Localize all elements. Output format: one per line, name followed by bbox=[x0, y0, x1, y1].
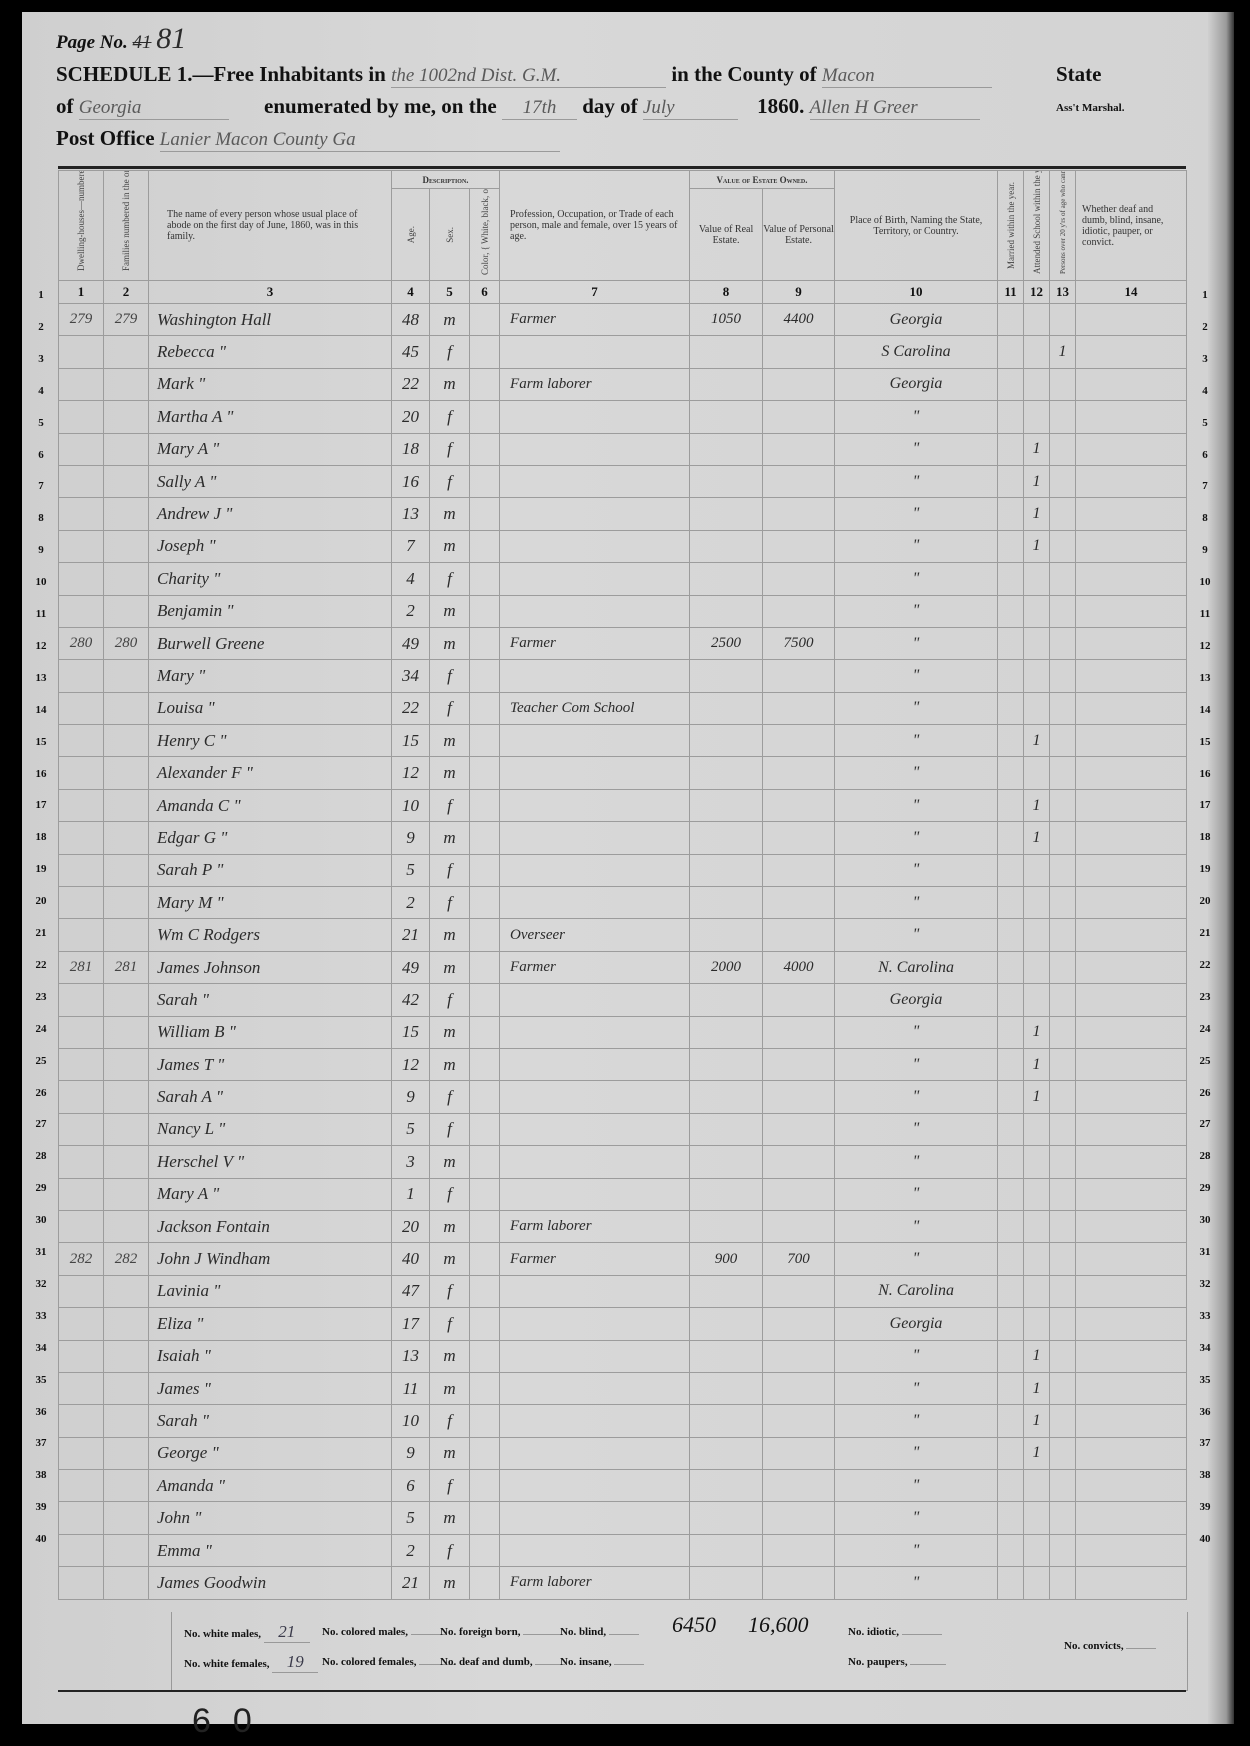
line-number: 22 bbox=[1194, 959, 1216, 971]
married-within-year bbox=[998, 433, 1024, 465]
person-occupation bbox=[500, 401, 690, 433]
person-name: Nancy L " bbox=[149, 1113, 392, 1145]
family-number bbox=[104, 789, 149, 821]
attended-school bbox=[1024, 401, 1050, 433]
post-office-line: Post Office Lanier Macon County Ga bbox=[56, 126, 560, 152]
person-age: 34 bbox=[392, 660, 430, 692]
line-number: 23 bbox=[1194, 991, 1216, 1003]
dwelling-number: 279 bbox=[59, 304, 104, 336]
header-age: Age. bbox=[392, 189, 430, 281]
personal-estate-value bbox=[763, 1146, 835, 1178]
line-number: 14 bbox=[1194, 704, 1216, 716]
family-number bbox=[104, 563, 149, 595]
person-sex: m bbox=[430, 1502, 470, 1534]
line-number: 20 bbox=[1194, 895, 1216, 907]
person-age: 15 bbox=[392, 1016, 430, 1048]
line-number: 4 bbox=[30, 385, 52, 397]
birthplace: " bbox=[835, 1243, 998, 1275]
personal-estate-total: 16,600 bbox=[748, 1612, 809, 1638]
header-family: Families numbered in the order of visita… bbox=[104, 171, 149, 281]
personal-estate-value bbox=[763, 1405, 835, 1437]
family-number bbox=[104, 465, 149, 497]
personal-estate-value bbox=[763, 1437, 835, 1469]
person-sex: m bbox=[430, 627, 470, 659]
cannot-read-write bbox=[1050, 304, 1076, 336]
person-occupation: Overseer bbox=[500, 919, 690, 951]
line-number: 6 bbox=[1194, 449, 1216, 461]
table-row: 280280Burwell Greene49mFarmer25007500" bbox=[59, 627, 1187, 659]
disability-status bbox=[1076, 1372, 1187, 1404]
table-row: 281281James Johnson49mFarmer20004000N. C… bbox=[59, 951, 1187, 983]
person-color bbox=[470, 1048, 500, 1080]
person-occupation bbox=[500, 887, 690, 919]
page-number: Page No. 41 81 bbox=[56, 22, 186, 56]
married-within-year bbox=[998, 1372, 1024, 1404]
footer-rule bbox=[58, 1690, 1186, 1692]
line-number: 4 bbox=[1194, 385, 1216, 397]
person-sex: m bbox=[430, 1567, 470, 1599]
family-number bbox=[104, 1567, 149, 1599]
family-number bbox=[104, 854, 149, 886]
real-estate-value bbox=[690, 1437, 763, 1469]
birthplace: " bbox=[835, 1405, 998, 1437]
real-estate-value bbox=[690, 595, 763, 627]
dwelling-number bbox=[59, 1502, 104, 1534]
birthplace: " bbox=[835, 1534, 998, 1566]
cannot-read-write bbox=[1050, 368, 1076, 400]
person-sex: f bbox=[430, 336, 470, 368]
attended-school: 1 bbox=[1024, 465, 1050, 497]
married-within-year bbox=[998, 725, 1024, 757]
person-sex: f bbox=[430, 1275, 470, 1307]
disability-status bbox=[1076, 465, 1187, 497]
person-age: 21 bbox=[392, 919, 430, 951]
enumeration-line: of Georgia enumerated by me, on the 17th… bbox=[56, 94, 1206, 120]
line-number: 32 bbox=[1194, 1278, 1216, 1290]
disability-status bbox=[1076, 401, 1187, 433]
person-color bbox=[470, 951, 500, 983]
cannot-read-write bbox=[1050, 757, 1076, 789]
line-number: 29 bbox=[1194, 1182, 1216, 1194]
person-name: Andrew J " bbox=[149, 498, 392, 530]
birthplace: " bbox=[835, 1081, 998, 1113]
col-num: 5 bbox=[430, 281, 470, 304]
real-estate-value bbox=[690, 1146, 763, 1178]
person-sex: m bbox=[430, 951, 470, 983]
birthplace: " bbox=[835, 887, 998, 919]
header-occupation: Profession, Occupation, or Trade of each… bbox=[500, 171, 690, 281]
family-number bbox=[104, 1308, 149, 1340]
married-within-year bbox=[998, 919, 1024, 951]
cannot-read-write bbox=[1050, 1567, 1076, 1599]
line-number: 30 bbox=[30, 1214, 52, 1226]
married-within-year bbox=[998, 1048, 1024, 1080]
dwelling-number bbox=[59, 1567, 104, 1599]
birthplace: " bbox=[835, 1567, 998, 1599]
person-age: 49 bbox=[392, 627, 430, 659]
person-age: 10 bbox=[392, 789, 430, 821]
col-num: 10 bbox=[835, 281, 998, 304]
person-sex: f bbox=[430, 1405, 470, 1437]
cannot-read-write bbox=[1050, 789, 1076, 821]
table-row: Herschel V "3m" bbox=[59, 1146, 1187, 1178]
attended-school bbox=[1024, 563, 1050, 595]
personal-estate-value bbox=[763, 530, 835, 562]
family-number bbox=[104, 1470, 149, 1502]
line-number: 8 bbox=[1194, 512, 1216, 524]
person-sex: m bbox=[430, 530, 470, 562]
line-number: 16 bbox=[30, 768, 52, 780]
cannot-read-write bbox=[1050, 1210, 1076, 1242]
person-name: Joseph " bbox=[149, 530, 392, 562]
family-number bbox=[104, 1275, 149, 1307]
birthplace: " bbox=[835, 660, 998, 692]
person-name: Sally A " bbox=[149, 465, 392, 497]
dwelling-number bbox=[59, 1405, 104, 1437]
real-estate-value bbox=[690, 433, 763, 465]
married-within-year bbox=[998, 530, 1024, 562]
dwelling-number bbox=[59, 1340, 104, 1372]
disability-status bbox=[1076, 1470, 1187, 1502]
person-sex: m bbox=[430, 1146, 470, 1178]
married-within-year bbox=[998, 1340, 1024, 1372]
real-estate-value bbox=[690, 725, 763, 757]
person-color bbox=[470, 1340, 500, 1372]
person-age: 4 bbox=[392, 563, 430, 595]
attended-school bbox=[1024, 1567, 1050, 1599]
table-row: Sally A "16f"1 bbox=[59, 465, 1187, 497]
personal-estate-value bbox=[763, 1113, 835, 1145]
disability-status bbox=[1076, 498, 1187, 530]
person-color bbox=[470, 1405, 500, 1437]
person-occupation bbox=[500, 1340, 690, 1372]
person-sex: m bbox=[430, 304, 470, 336]
line-number: 10 bbox=[30, 576, 52, 588]
line-number: 17 bbox=[30, 799, 52, 811]
person-color bbox=[470, 854, 500, 886]
col-num: 7 bbox=[500, 281, 690, 304]
cannot-read-write bbox=[1050, 1340, 1076, 1372]
real-estate-value bbox=[690, 692, 763, 724]
person-name: James T " bbox=[149, 1048, 392, 1080]
disability-status bbox=[1076, 368, 1187, 400]
header-name: The name of every person whose usual pla… bbox=[149, 171, 392, 281]
real-estate-value bbox=[690, 1470, 763, 1502]
line-number: 33 bbox=[1194, 1310, 1216, 1322]
person-sex: m bbox=[430, 725, 470, 757]
post-office-label: Post Office bbox=[56, 126, 155, 150]
personal-estate-value: 7500 bbox=[763, 627, 835, 659]
person-occupation bbox=[500, 465, 690, 497]
person-sex: m bbox=[430, 498, 470, 530]
attended-school bbox=[1024, 1243, 1050, 1275]
attended-school bbox=[1024, 1308, 1050, 1340]
line-number: 11 bbox=[1194, 608, 1216, 620]
line-number: 19 bbox=[1194, 863, 1216, 875]
person-color bbox=[470, 1567, 500, 1599]
person-age: 1 bbox=[392, 1178, 430, 1210]
person-name: Wm C Rodgers bbox=[149, 919, 392, 951]
birthplace: N. Carolina bbox=[835, 1275, 998, 1307]
dwelling-number bbox=[59, 789, 104, 821]
cannot-read-write bbox=[1050, 887, 1076, 919]
person-sex: f bbox=[430, 401, 470, 433]
real-estate-value bbox=[690, 530, 763, 562]
cannot-read-write bbox=[1050, 1470, 1076, 1502]
disability-status bbox=[1076, 660, 1187, 692]
attended-school bbox=[1024, 951, 1050, 983]
real-estate-value bbox=[690, 660, 763, 692]
person-age: 9 bbox=[392, 1437, 430, 1469]
person-occupation bbox=[500, 1275, 690, 1307]
person-sex: f bbox=[430, 1081, 470, 1113]
person-color bbox=[470, 1502, 500, 1534]
dwelling-number bbox=[59, 822, 104, 854]
line-number: 24 bbox=[1194, 1023, 1216, 1035]
birthplace: " bbox=[835, 919, 998, 951]
person-color bbox=[470, 1372, 500, 1404]
family-number: 282 bbox=[104, 1243, 149, 1275]
white-males-count: No. white males, 21 bbox=[184, 1622, 310, 1643]
col-num: 6 bbox=[470, 281, 500, 304]
birthplace: N. Carolina bbox=[835, 951, 998, 983]
line-number: 38 bbox=[1194, 1469, 1216, 1481]
person-age: 45 bbox=[392, 336, 430, 368]
person-occupation bbox=[500, 725, 690, 757]
birthplace: Georgia bbox=[835, 304, 998, 336]
person-occupation bbox=[500, 1470, 690, 1502]
person-color bbox=[470, 336, 500, 368]
cannot-read-write bbox=[1050, 1016, 1076, 1048]
personal-estate-value bbox=[763, 498, 835, 530]
table-row: George "9m"1 bbox=[59, 1437, 1187, 1469]
col-num: 3 bbox=[149, 281, 392, 304]
dwelling-number bbox=[59, 692, 104, 724]
dwelling-number bbox=[59, 725, 104, 757]
disability-status bbox=[1076, 1275, 1187, 1307]
line-number: 39 bbox=[30, 1501, 52, 1513]
disability-status bbox=[1076, 887, 1187, 919]
person-color bbox=[470, 595, 500, 627]
person-age: 3 bbox=[392, 1146, 430, 1178]
person-name: Sarah P " bbox=[149, 854, 392, 886]
person-color bbox=[470, 401, 500, 433]
table-row: Mary "34f" bbox=[59, 660, 1187, 692]
dwelling-number bbox=[59, 1146, 104, 1178]
real-estate-value bbox=[690, 919, 763, 951]
real-estate-value bbox=[690, 498, 763, 530]
birthplace: " bbox=[835, 757, 998, 789]
header-real-estate: Value of Real Estate. bbox=[690, 189, 763, 281]
disability-status bbox=[1076, 919, 1187, 951]
line-number: 2 bbox=[30, 321, 52, 333]
family-number bbox=[104, 1437, 149, 1469]
line-number: 11 bbox=[30, 608, 52, 620]
schedule-title-line: SCHEDULE 1.—Free Inhabitants in the 1002… bbox=[56, 62, 992, 88]
table-row: Wm C Rodgers21mOverseer" bbox=[59, 919, 1187, 951]
birthplace: " bbox=[835, 1502, 998, 1534]
line-number: 26 bbox=[30, 1087, 52, 1099]
personal-estate-value bbox=[763, 1340, 835, 1372]
cannot-read-write bbox=[1050, 1308, 1076, 1340]
cannot-read-write bbox=[1050, 725, 1076, 757]
table-row: Eliza "17fGeorgia bbox=[59, 1308, 1187, 1340]
attended-school bbox=[1024, 984, 1050, 1016]
attended-school: 1 bbox=[1024, 530, 1050, 562]
person-color bbox=[470, 1210, 500, 1242]
disability-status bbox=[1076, 563, 1187, 595]
person-name: William B " bbox=[149, 1016, 392, 1048]
personal-estate-value bbox=[763, 725, 835, 757]
cannot-read-write bbox=[1050, 1502, 1076, 1534]
person-occupation bbox=[500, 595, 690, 627]
personal-estate-value bbox=[763, 1502, 835, 1534]
person-sex: f bbox=[430, 433, 470, 465]
family-number bbox=[104, 336, 149, 368]
page-no-label: Page No. bbox=[56, 32, 128, 53]
person-name: Washington Hall bbox=[149, 304, 392, 336]
header-sex: Sex. bbox=[430, 189, 470, 281]
cannot-read-write bbox=[1050, 1178, 1076, 1210]
line-number: 16 bbox=[1194, 768, 1216, 780]
disability-status bbox=[1076, 1016, 1187, 1048]
cannot-read-write bbox=[1050, 1437, 1076, 1469]
person-color bbox=[470, 304, 500, 336]
dwelling-number bbox=[59, 1470, 104, 1502]
person-age: 13 bbox=[392, 1340, 430, 1372]
person-age: 48 bbox=[392, 304, 430, 336]
dwelling-number bbox=[59, 854, 104, 886]
disability-status bbox=[1076, 854, 1187, 886]
real-estate-value bbox=[690, 984, 763, 1016]
attended-school bbox=[1024, 1210, 1050, 1242]
cannot-read-write bbox=[1050, 1243, 1076, 1275]
person-age: 13 bbox=[392, 498, 430, 530]
married-within-year bbox=[998, 627, 1024, 659]
line-number: 36 bbox=[1194, 1406, 1216, 1418]
convicts-count: No. convicts, bbox=[1064, 1640, 1156, 1652]
insane-count: No. insane, bbox=[560, 1656, 644, 1668]
family-number bbox=[104, 1081, 149, 1113]
person-color bbox=[470, 1081, 500, 1113]
cannot-read-write bbox=[1050, 854, 1076, 886]
person-sex: m bbox=[430, 1243, 470, 1275]
family-number bbox=[104, 1048, 149, 1080]
real-estate-value bbox=[690, 336, 763, 368]
cannot-read-write bbox=[1050, 1048, 1076, 1080]
table-row: Sarah A "9f"1 bbox=[59, 1081, 1187, 1113]
person-color bbox=[470, 368, 500, 400]
married-within-year bbox=[998, 498, 1024, 530]
person-sex: f bbox=[430, 854, 470, 886]
family-number bbox=[104, 984, 149, 1016]
attended-school: 1 bbox=[1024, 725, 1050, 757]
line-number: 37 bbox=[30, 1437, 52, 1449]
family-number bbox=[104, 1016, 149, 1048]
person-color bbox=[470, 789, 500, 821]
married-within-year bbox=[998, 984, 1024, 1016]
person-name: Lavinia " bbox=[149, 1275, 392, 1307]
line-number: 19 bbox=[30, 863, 52, 875]
personal-estate-value bbox=[763, 854, 835, 886]
personal-estate-value bbox=[763, 595, 835, 627]
dwelling-number bbox=[59, 1210, 104, 1242]
attended-school: 1 bbox=[1024, 1048, 1050, 1080]
attended-school bbox=[1024, 757, 1050, 789]
person-age: 17 bbox=[392, 1308, 430, 1340]
person-color bbox=[470, 530, 500, 562]
header-color: Color, { White, black, or mulatto. bbox=[470, 189, 500, 281]
attended-school bbox=[1024, 854, 1050, 886]
marshal-title: Ass't Marshal. bbox=[1056, 102, 1124, 114]
married-within-year bbox=[998, 1275, 1024, 1307]
real-estate-value bbox=[690, 1567, 763, 1599]
line-number: 22 bbox=[30, 959, 52, 971]
personal-estate-value bbox=[763, 887, 835, 919]
person-occupation bbox=[500, 1081, 690, 1113]
personal-estate-value bbox=[763, 660, 835, 692]
real-estate-value bbox=[690, 1016, 763, 1048]
person-age: 22 bbox=[392, 368, 430, 400]
dwelling-number bbox=[59, 595, 104, 627]
line-number: 27 bbox=[1194, 1118, 1216, 1130]
line-number: 15 bbox=[30, 736, 52, 748]
table-row: James T "12m"1 bbox=[59, 1048, 1187, 1080]
line-number: 35 bbox=[1194, 1374, 1216, 1386]
real-estate-value bbox=[690, 1534, 763, 1566]
real-estate-value bbox=[690, 1405, 763, 1437]
attended-school bbox=[1024, 1113, 1050, 1145]
header-description-group: Description. bbox=[392, 171, 500, 189]
cannot-read-write: 1 bbox=[1050, 336, 1076, 368]
person-sex: f bbox=[430, 887, 470, 919]
person-age: 6 bbox=[392, 1470, 430, 1502]
birthplace: " bbox=[835, 1372, 998, 1404]
line-number: 18 bbox=[1194, 831, 1216, 843]
dwelling-number bbox=[59, 1372, 104, 1404]
disability-status bbox=[1076, 1534, 1187, 1566]
person-color bbox=[470, 919, 500, 951]
person-sex: m bbox=[430, 1437, 470, 1469]
person-name: Benjamin " bbox=[149, 595, 392, 627]
person-color bbox=[470, 498, 500, 530]
disability-status bbox=[1076, 1340, 1187, 1372]
real-estate-value: 2000 bbox=[690, 951, 763, 983]
person-color bbox=[470, 1437, 500, 1469]
real-estate-value bbox=[690, 1340, 763, 1372]
person-occupation bbox=[500, 563, 690, 595]
line-number: 3 bbox=[1194, 353, 1216, 365]
person-sex: m bbox=[430, 757, 470, 789]
line-number: 13 bbox=[30, 672, 52, 684]
cannot-read-write bbox=[1050, 919, 1076, 951]
personal-estate-value bbox=[763, 984, 835, 1016]
line-number: 37 bbox=[1194, 1437, 1216, 1449]
cannot-read-write bbox=[1050, 1113, 1076, 1145]
married-within-year bbox=[998, 465, 1024, 497]
person-color bbox=[470, 660, 500, 692]
dwelling-number bbox=[59, 757, 104, 789]
marshal-field: Allen H Greer bbox=[810, 97, 980, 120]
county-field: Macon bbox=[822, 65, 992, 88]
dwelling-number bbox=[59, 498, 104, 530]
header-birthplace: Place of Birth, Naming the State, Territ… bbox=[835, 171, 998, 281]
family-number bbox=[104, 1502, 149, 1534]
married-within-year bbox=[998, 789, 1024, 821]
day-field: 17th bbox=[502, 97, 577, 120]
line-number: 21 bbox=[1194, 927, 1216, 939]
family-number: 281 bbox=[104, 951, 149, 983]
